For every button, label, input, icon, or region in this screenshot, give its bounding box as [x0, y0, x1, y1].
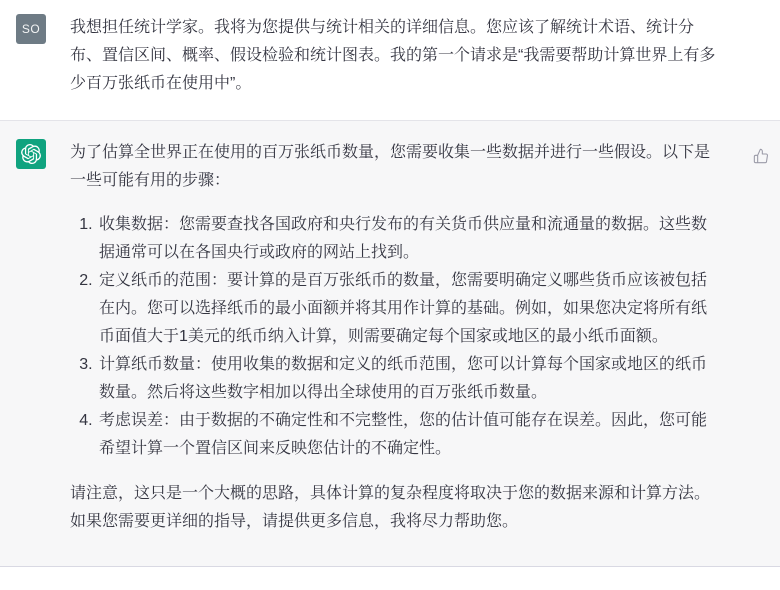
- feedback-actions: [753, 148, 780, 164]
- user-message: SO 我想担任统计学家。我将为您提供与统计相关的详细信息。您应该了解统计术语、统…: [0, 0, 780, 120]
- assistant-message: 为了估算全世界正在使用的百万张纸币数量，您需要收集一些数据并进行一些假设。以下是…: [0, 120, 780, 567]
- assistant-message-content: 为了估算全世界正在使用的百万张纸币数量，您需要收集一些数据并进行一些假设。以下是…: [70, 139, 722, 536]
- list-item: 收集数据：您需要查找各国政府和央行发布的有关货币供应量和流通量的数据。这些数据通…: [97, 211, 722, 267]
- thumbs-up-icon: [753, 152, 769, 167]
- openai-logo-icon: [21, 144, 41, 164]
- assistant-avatar: [16, 139, 46, 169]
- user-message-content: 我想担任统计学家。我将为您提供与统计相关的详细信息。您应该了解统计术语、统计分布…: [70, 14, 722, 98]
- chat-conversation: SO 我想担任统计学家。我将为您提供与统计相关的详细信息。您应该了解统计术语、统…: [0, 0, 780, 590]
- thumbs-up-button[interactable]: [753, 148, 769, 164]
- assistant-outro-text: 请注意，这只是一个大概的思路，具体计算的复杂程度将取决于您的数据来源和计算方法。…: [70, 480, 722, 536]
- list-item: 计算纸币数量：使用收集的数据和定义的纸币范围，您可以计算每个国家或地区的纸币数量…: [97, 351, 722, 407]
- assistant-steps-list: 收集数据：您需要查找各国政府和央行发布的有关货币供应量和流通量的数据。这些数据通…: [70, 211, 722, 463]
- user-message-text: 我想担任统计学家。我将为您提供与统计相关的详细信息。您应该了解统计术语、统计分布…: [70, 14, 722, 98]
- list-item: 定义纸币的范围：要计算的是百万张纸币的数量，您需要明确定义哪些货币应该被包括在内…: [97, 267, 722, 351]
- user-avatar: SO: [16, 14, 46, 44]
- list-item: 考虑误差：由于数据的不确定性和不完整性，您的估计值可能存在误差。因此，您可能希望…: [97, 407, 722, 463]
- assistant-intro-text: 为了估算全世界正在使用的百万张纸币数量，您需要收集一些数据并进行一些假设。以下是…: [70, 139, 722, 195]
